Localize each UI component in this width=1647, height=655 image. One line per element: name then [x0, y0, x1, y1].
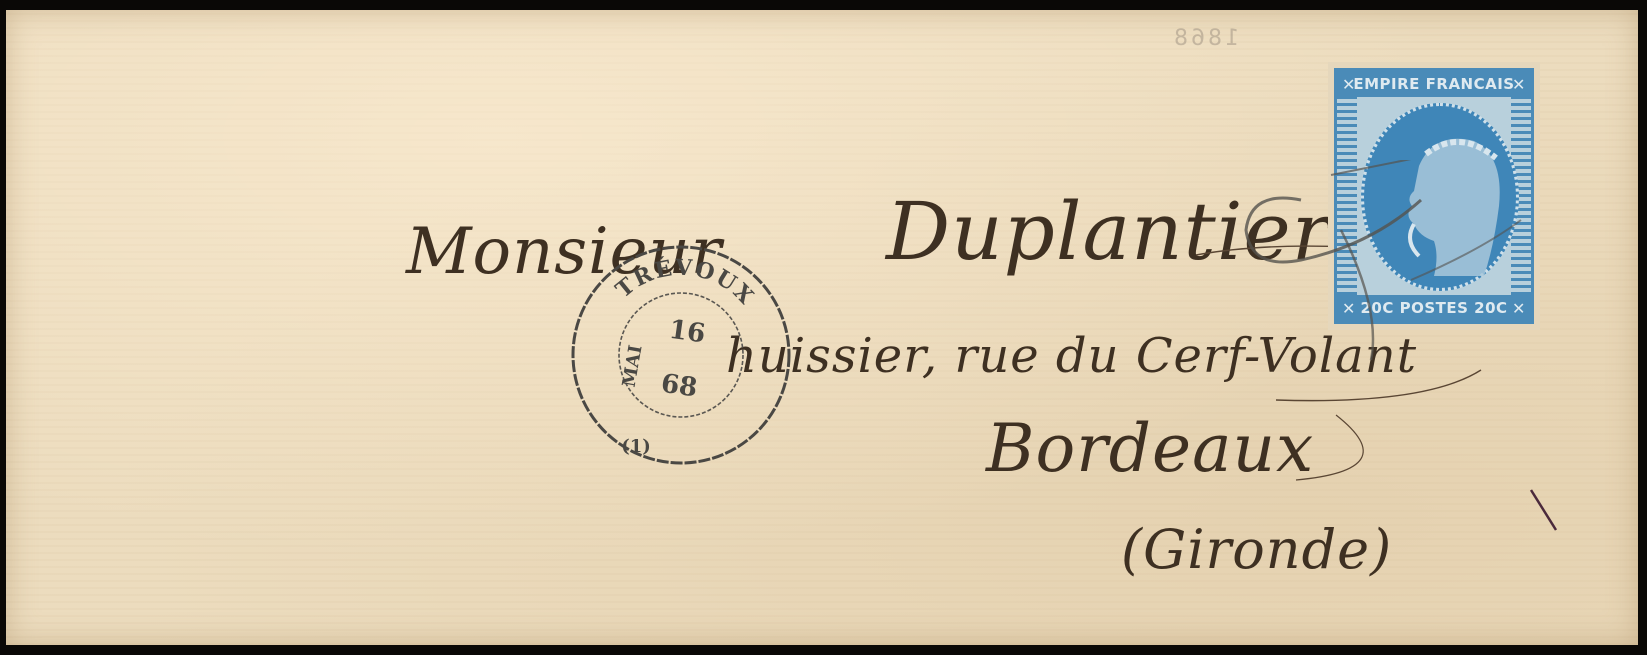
postmark-day: 16	[667, 315, 707, 350]
stamp-top-text: EMPIRE FRANCAIS	[1353, 75, 1514, 93]
postmark-year: 68	[659, 369, 699, 404]
envelope-cover: 1868 Monsieur Duplantier huissier, rue d…	[6, 10, 1638, 645]
stamp-corner-x-icon: ✕	[1339, 75, 1359, 94]
postmark-cancel: TRÉVOUX 16 MAI 68 (1)	[568, 242, 794, 468]
stamp-cancellation-mark-icon	[1231, 160, 1531, 400]
postmark-department: (1)	[621, 436, 651, 457]
postmark-month: MAI	[619, 343, 647, 388]
ink-stroke-icon	[1526, 485, 1566, 545]
stamp-corner-x-icon: ✕	[1509, 75, 1529, 94]
